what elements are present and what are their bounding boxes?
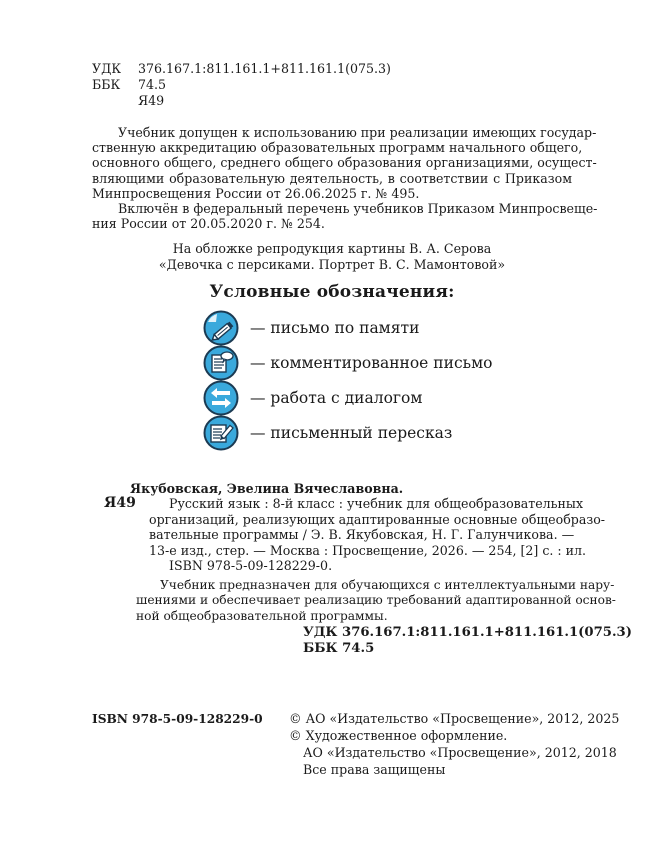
- footer-isbn: ISBN 978-5-09-128229-0: [92, 712, 263, 726]
- rights-reserved: Все права защищены: [289, 761, 619, 778]
- approval-line: Минпросвещения России от 26.06.2025 г. №…: [92, 186, 572, 201]
- legend-item-memory-writing: — письмо по памяти: [203, 311, 419, 345]
- legend-label: — комментированное письмо: [250, 354, 492, 372]
- bibliographic-description: Русский язык : 8-й класс : учебник для о…: [149, 496, 572, 558]
- classification-codes: УДК 376.167.1:811.161.1+811.161.1(075.3)…: [303, 625, 632, 657]
- bib-isbn: ISBN 978-5-09-128229-0.: [169, 558, 332, 573]
- bib-line: вательные программы / Э. В. Якубовская, …: [149, 527, 572, 542]
- annotation-line: шениями и обеспечивает реализацию требов…: [136, 593, 576, 608]
- copyright-line: © Художественное оформление.: [289, 727, 619, 744]
- bib-line: 13-е изд., стер. — Москва : Просвещение,…: [149, 543, 572, 558]
- legend-item-commented-writing: — комментированное письмо: [203, 346, 492, 380]
- bbk-code: ББК 74.5: [303, 641, 632, 657]
- approval-line: основного общего, среднего общего образо…: [92, 155, 572, 170]
- cover-note-line-1: На обложке репродукция картины В. А. Сер…: [92, 241, 572, 257]
- approval-line: Учебник допущен к использованию при реал…: [92, 125, 572, 140]
- legend-item-written-retelling: — письменный пересказ: [203, 416, 452, 450]
- bbk-value: 74.5: [138, 77, 166, 93]
- legend-label: — письмо по памяти: [250, 319, 419, 337]
- approval-line: ственную аккредитацию образовательных пр…: [92, 140, 572, 155]
- author-name: Якубовская, Эвелина Вячеславовна.: [130, 481, 403, 496]
- bib-line: Русский язык : 8-й класс : учебник для о…: [149, 496, 572, 511]
- author-code: Я49: [104, 496, 136, 511]
- dialogue-arrows-icon: [203, 380, 239, 416]
- annotation-line: ной общеобразовательной программы.: [136, 609, 576, 624]
- udk-value: 376.167.1:811.161.1+811.161.1(075.3): [138, 61, 391, 77]
- pencil-memory-icon: [203, 310, 239, 346]
- author-mark: Я49: [138, 93, 164, 109]
- bib-line: организаций, реализующих адаптированные …: [149, 512, 572, 527]
- legend-item-dialogue: — работа с диалогом: [203, 381, 422, 415]
- copyright-block: © АО «Издательство «Просвещение», 2012, …: [289, 710, 619, 778]
- legend-label: — работа с диалогом: [250, 389, 422, 407]
- written-retelling-icon: [203, 415, 239, 451]
- cover-note-line-2: «Девочка с персиками. Портрет В. С. Мамо…: [92, 257, 572, 273]
- approval-line: вляющими образовательную деятельность, в…: [92, 171, 572, 186]
- copyright-line: © АО «Издательство «Просвещение», 2012, …: [289, 710, 619, 727]
- legend-label: — письменный пересказ: [250, 424, 452, 442]
- legend-title: Условные обозначения:: [92, 282, 572, 302]
- federal-list-line: ния России от 20.05.2020 г. № 254.: [92, 216, 572, 231]
- udk-code: УДК 376.167.1:811.161.1+811.161.1(075.3): [303, 625, 632, 641]
- approval-paragraph: Учебник допущен к использованию при реал…: [92, 125, 572, 231]
- commented-document-icon: [203, 345, 239, 381]
- annotation-line: Учебник предназначен для обучающихся с и…: [136, 578, 576, 593]
- annotation: Учебник предназначен для обучающихся с и…: [136, 578, 576, 624]
- udk-label: УДК: [92, 61, 121, 77]
- federal-list-line: Включён в федеральный перечень учебников…: [92, 201, 572, 216]
- copyright-line: АО «Издательство «Просвещение», 2012, 20…: [289, 744, 619, 761]
- bbk-label: ББК: [92, 77, 120, 93]
